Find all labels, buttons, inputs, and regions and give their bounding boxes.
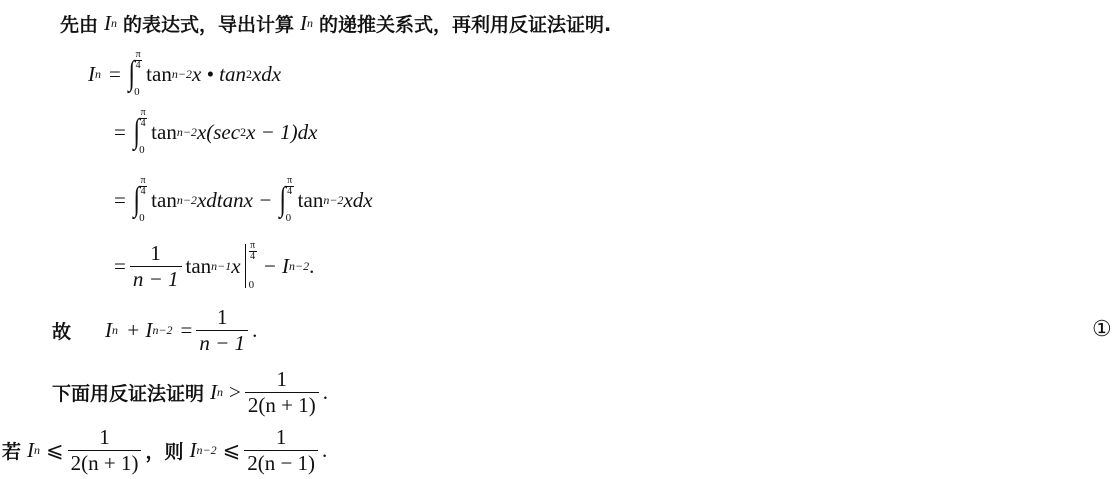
equals-sign: = [109,62,121,87]
integral-sign: ∫ π4 0 [127,50,142,98]
intro-text-2: 的表达式，导出计算 [123,10,294,37]
derivation-line-1: In = ∫ π4 0 tann−2 x • tan2 xdx [88,46,281,102]
fraction: 1 2(n − 1) [244,425,318,474]
fraction: 1 2(n + 1) [245,367,319,416]
integral-sign: ∫ π4 0 [132,176,147,224]
derivation-line-2: = ∫ π4 0 tann−2 x(sec2 x − 1)dx [114,104,317,160]
suppose-line: 若 In ⩽ 1 2(n + 1) ，则 In−2 ⩽ 1 2(n − 1) . [2,420,327,479]
fraction: 1 n − 1 [130,241,182,290]
claim-line: 下面用反证法证明 In > 1 2(n + 1) . [52,362,328,422]
equation-number: ① [1092,316,1112,342]
derivation-line-3: = ∫ π4 0 tann−2 xdtanx − ∫ π4 0 tann−2 x… [114,172,373,228]
intro-text-3: 的递推关系式，再利用反证法证明. [319,10,611,37]
intro-line: 先由 In 的表达式，导出计算 In 的递推关系式，再利用反证法证明. [60,10,611,37]
integral-sign: ∫ π4 0 [278,176,293,224]
evaluation-bar: π4 0 [245,241,257,291]
var-I: I [300,11,307,36]
fraction: 1 n − 1 [196,305,248,354]
integral-sign: ∫ π4 0 [132,108,147,156]
intro-text-1: 先由 [60,10,98,37]
fraction: 1 2(n + 1) [68,425,142,474]
derivation-line-4: = 1 n − 1 tann−1 x π4 0 − In−2. [114,236,314,296]
var-I: I [104,11,111,36]
conclusion-line: 故 In + In−2 = 1 n − 1 . [52,300,257,360]
